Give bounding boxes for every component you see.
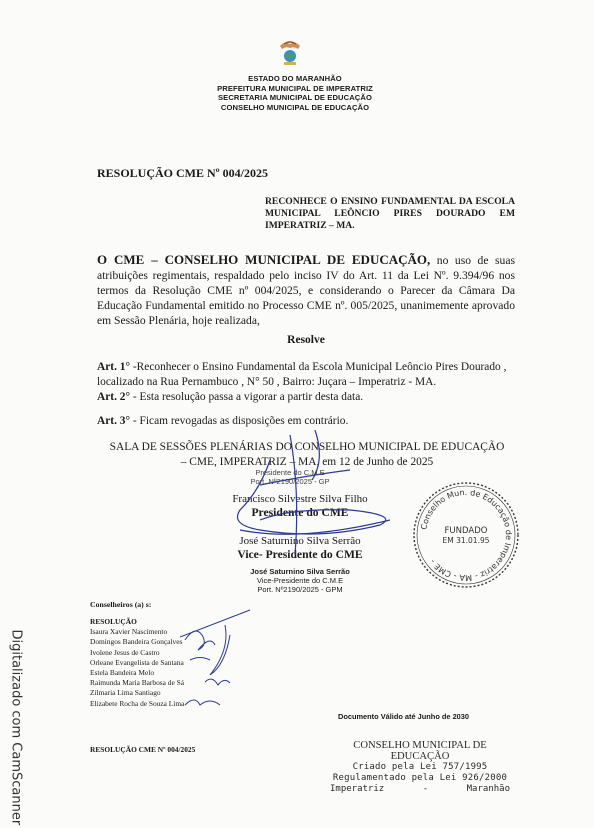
seal-founded: FUNDADO bbox=[445, 526, 488, 536]
handwritten-signature-icon bbox=[200, 430, 420, 580]
scanner-watermark: Digitalizado com CamScanner bbox=[9, 630, 24, 790]
header-line-conselho: CONSELHO MUNICIPAL DE EDUCAÇÃO bbox=[150, 103, 440, 113]
resolution-preamble: O CME – CONSELHO MUNICIPAL DE EDUCAÇÃO, … bbox=[97, 252, 515, 328]
councillor-name: Elizabete Rocha de Souza Lima bbox=[90, 699, 184, 709]
councillor-name: Isaura Xavier Nascimento bbox=[90, 627, 184, 637]
cme-stamp-location: Imperatriz - Maranhão bbox=[330, 784, 510, 795]
header-line-prefeitura: PREFEITURA MUNICIPAL DE IMPERATRIZ bbox=[150, 84, 440, 94]
resolution-title: RESOLUÇÃO CME Nº 004/2025 bbox=[97, 166, 268, 181]
councillors-list: RESOLUÇÃO Isaura Xavier Nascimento Domin… bbox=[90, 617, 184, 709]
preamble-bold: O CME – CONSELHO MUNICIPAL DE EDUCAÇÃO, bbox=[97, 252, 430, 267]
article-text: - Ficam revogadas as disposições em cont… bbox=[130, 415, 348, 427]
cme-stamp-line2: Regulamentado pela Lei 926/2000 bbox=[330, 773, 510, 784]
header-line-secretaria: SECRETARIA MUNICIPAL DE EDUCAÇÃO bbox=[150, 93, 440, 103]
cme-seal-icon: Conselho Mun. de Educação de Imperatriz … bbox=[406, 475, 526, 595]
validity-note: Documento Válido até Junho de 2030 bbox=[338, 712, 469, 721]
cme-stamp-city: Imperatriz bbox=[330, 784, 384, 795]
article-label: Art. 2° bbox=[97, 391, 130, 403]
councillor-name: Orleane Evangelista de Santana bbox=[90, 658, 184, 668]
article-label: Art. 3° bbox=[97, 415, 130, 427]
article-text: -Reconhecer o Ensino Fundamental da Esco… bbox=[97, 361, 506, 388]
cme-stamp-line1: Criado pela Lei 757/1995 bbox=[330, 762, 510, 773]
resolve-heading: Resolve bbox=[97, 334, 515, 346]
councillor-name: Domingos Bandeira Gonçalves bbox=[90, 637, 184, 647]
councillor-name: Raimunda Maria Barbosa de Sá bbox=[90, 678, 184, 688]
cme-stamp-dash: - bbox=[423, 784, 428, 795]
cme-footer-stamp: CONSELHO MUNICIPAL DE EDUCAÇÃO Criado pe… bbox=[330, 740, 510, 795]
article-2: Art. 2° - Esta resolução passa a vigorar… bbox=[97, 390, 517, 405]
article-1: Art. 1° -Reconhecer o Ensino Fundamental… bbox=[97, 360, 517, 390]
article-text: - Esta resolução passa a vigorar a parti… bbox=[130, 391, 363, 403]
article-label: Art. 1° bbox=[97, 361, 130, 373]
cme-stamp-title: CONSELHO MUNICIPAL DE EDUCAÇÃO bbox=[330, 740, 510, 762]
councillor-name: Zilmaria Lima Santiago bbox=[90, 688, 184, 698]
seal-date: EM 31.01.95 bbox=[443, 536, 490, 545]
councillors-subheading: RESOLUÇÃO bbox=[90, 617, 184, 627]
cme-stamp-state: Maranhão bbox=[467, 784, 510, 795]
article-3: Art. 3° - Ficam revogadas as disposições… bbox=[97, 414, 517, 429]
coat-of-arms-icon bbox=[278, 40, 302, 66]
resolution-ementa: RECONHECE O ENSINO FUNDAMENTAL DA ESCOLA… bbox=[265, 196, 515, 232]
councillor-name: Estela Bandeira Melo bbox=[90, 668, 184, 678]
councillor-signatures-icon bbox=[180, 605, 290, 715]
councillor-name: Ivolene Jesus de Castro bbox=[90, 648, 184, 658]
resolution-reference: RESOLUÇÃO CME Nº 004/2025 bbox=[90, 745, 195, 754]
stamp-line: Port. Nº2190/2025 - GPM bbox=[220, 585, 380, 594]
councillors-heading: Conselheiros (a) s: bbox=[90, 600, 151, 609]
header-line-state: ESTADO DO MARANHÃO bbox=[150, 74, 440, 84]
institution-header: ESTADO DO MARANHÃO PREFEITURA MUNICIPAL … bbox=[150, 74, 440, 112]
